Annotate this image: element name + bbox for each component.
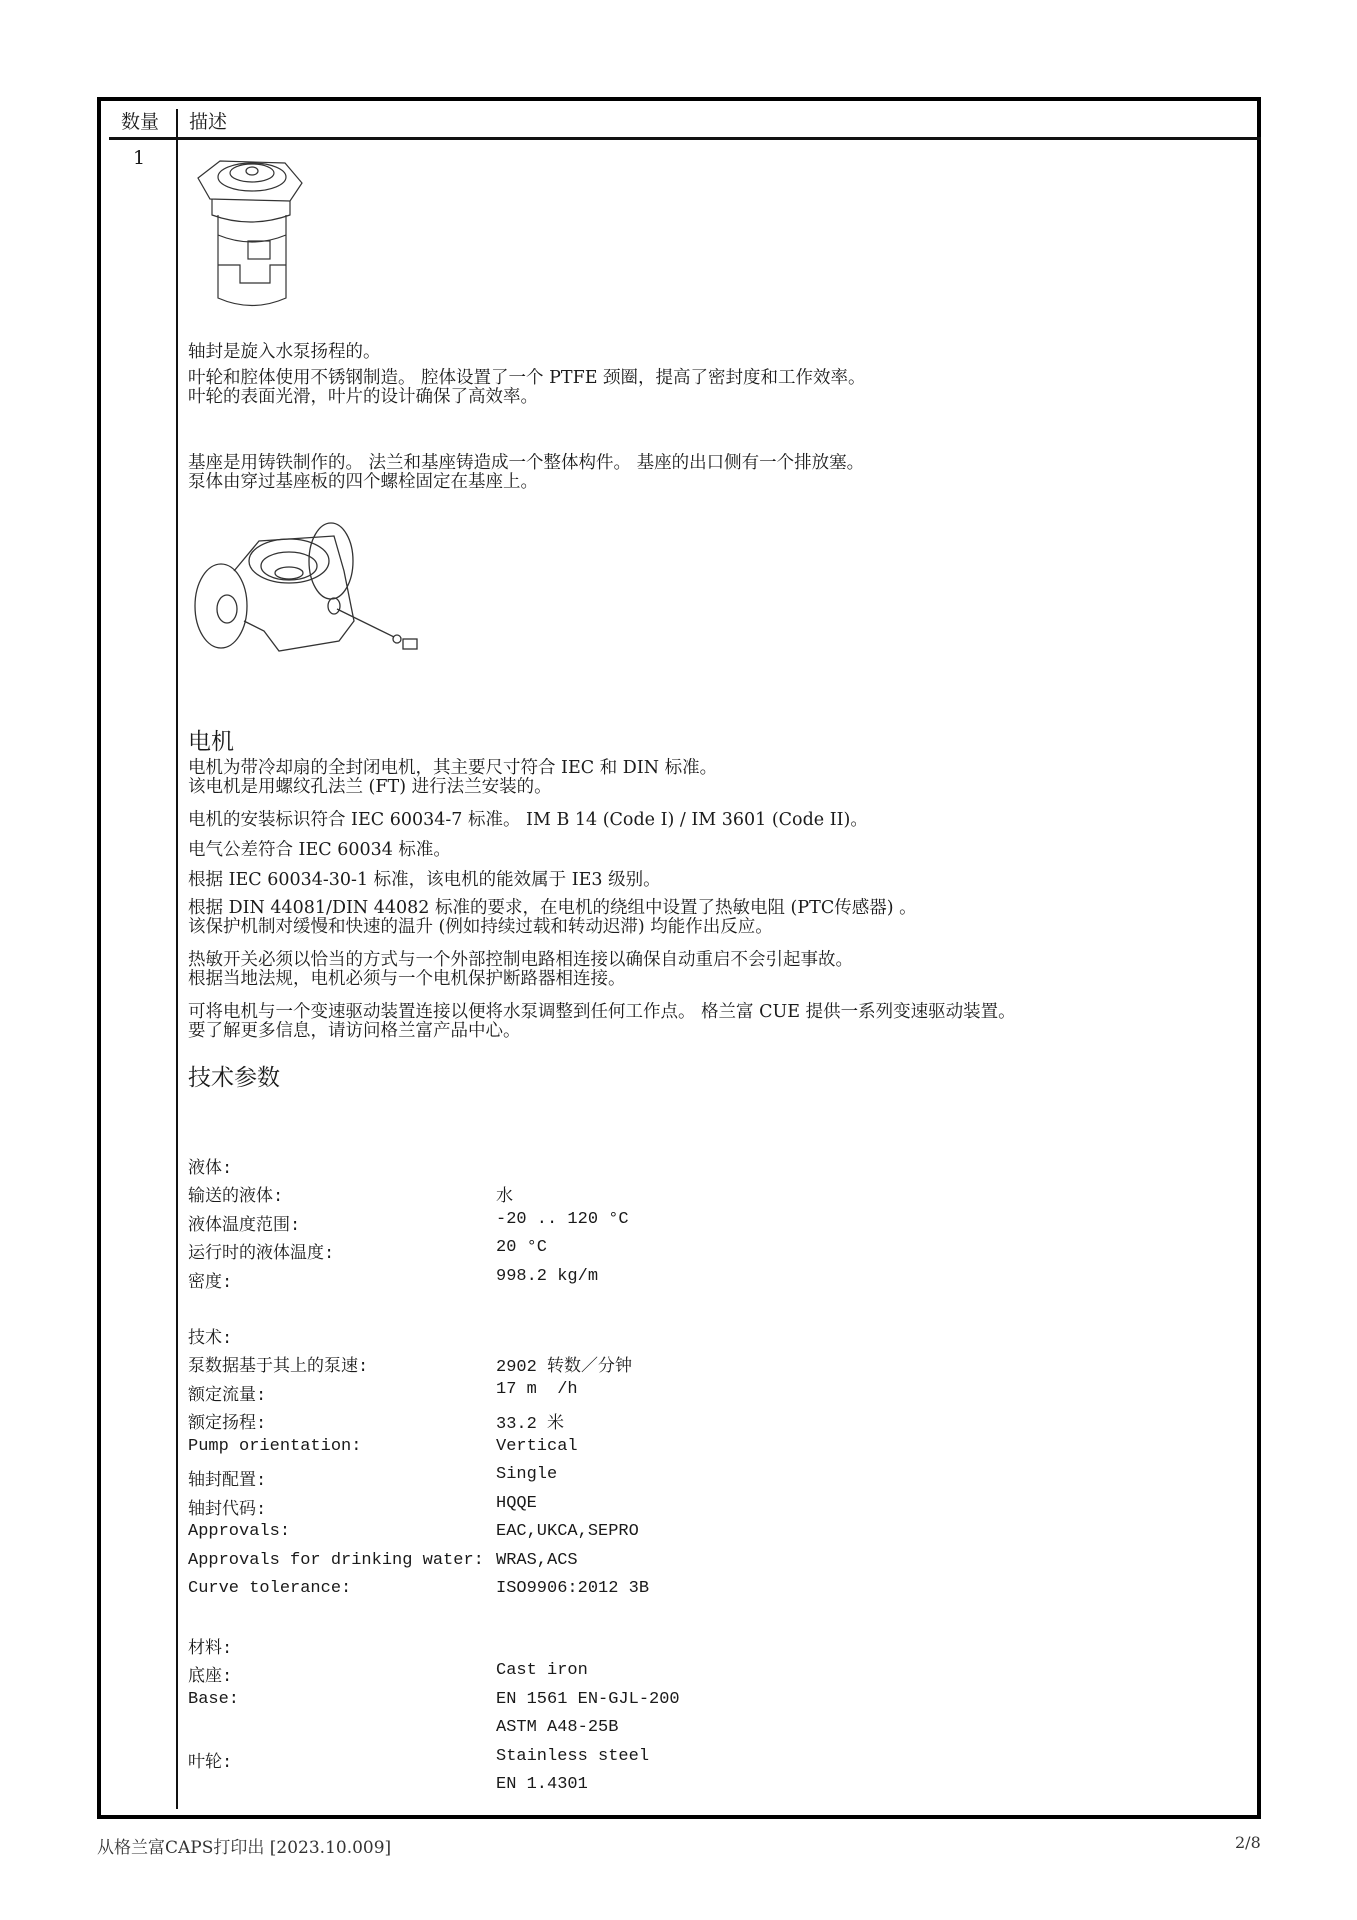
- spec-row: 泵数据基于其上的泵速:2902 转数／分钟: [188, 1351, 888, 1379]
- spec-label: Approvals for drinking water:: [188, 1551, 484, 1570]
- spec-label: 轴封配置:: [188, 1465, 266, 1491]
- spec-row: 密度:998.2 kg/m: [188, 1267, 888, 1295]
- spec-label: 额定扬程:: [188, 1408, 266, 1434]
- motor-text-4: 根据 IEC 60034-30-1 标准，该电机的能效属于 IE3 级别。: [188, 871, 661, 890]
- spec-value: Cast iron: [496, 1661, 588, 1680]
- spec-value: Vertical: [496, 1437, 578, 1456]
- spec-label: 运行时的液体温度:: [188, 1238, 334, 1264]
- spec-label: 输送的液体:: [188, 1181, 283, 1207]
- spec-label: Pump orientation:: [188, 1437, 361, 1456]
- spec-value: EAC,UKCA,SEPRO: [496, 1522, 639, 1541]
- spec-value: 20 °C: [496, 1238, 547, 1257]
- print-footer: 从格兰富CAPS打印出 [2023.10.009]: [97, 1833, 391, 1858]
- spec-value: EN 1.4301: [496, 1775, 588, 1794]
- spec-label: 底座:: [188, 1661, 232, 1687]
- spec-value: Single: [496, 1465, 557, 1484]
- spec-value: 水: [496, 1181, 513, 1207]
- spec-label: 轴封代码:: [188, 1494, 266, 1520]
- spec-row: Approvals:EAC,UKCA,SEPRO: [188, 1522, 888, 1550]
- motor-text-7: 可将电机与一个变速驱动装置连接以便将水泵调整到任何工作点。 格兰富 CUE 提供…: [188, 1003, 1016, 1041]
- spec-row: 叶轮:Stainless steel: [188, 1747, 888, 1775]
- shaft-seal-image: [190, 153, 310, 313]
- product-table: 数量 描述 1 轴封是旋入水泵扬程的。 叶轮和腔体使用不锈钢制造。 腔体设置了一…: [97, 97, 1261, 1819]
- spec-row: 输送的液体:水: [188, 1181, 888, 1209]
- technical-section-title: 技术:: [188, 1323, 888, 1351]
- spec-row: Base:EN 1561 EN-GJL-200: [188, 1690, 888, 1718]
- motor-text-1: 电机为带冷却扇的全封闭电机，其主要尺寸符合 IEC 和 DIN 标准。 该电机是…: [188, 759, 717, 797]
- spec-row: Curve tolerance:ISO9906:2012 3B: [188, 1579, 888, 1607]
- materials-section-title: 材料:: [188, 1633, 888, 1661]
- spec-row: 额定扬程:33.2 米: [188, 1408, 888, 1436]
- spec-label: 泵数据基于其上的泵速:: [188, 1351, 368, 1377]
- spec-row: 轴封代码:HQQE: [188, 1494, 888, 1522]
- header-quantity: 数量: [121, 107, 159, 134]
- motor-text-2: 电机的安装标识符合 IEC 60034-7 标准。 IM B 14 (Code …: [188, 811, 868, 830]
- quantity-value: 1: [133, 147, 145, 169]
- spec-value: EN 1561 EN-GJL-200: [496, 1690, 680, 1709]
- page-number: 2/8: [1235, 1833, 1261, 1852]
- spec-value: ASTM A48-25B: [496, 1718, 618, 1737]
- tech-params-heading: 技术参数: [188, 1059, 280, 1092]
- spec-row: 液体温度范围:-20 .. 120 °C: [188, 1210, 888, 1238]
- spec-value: 33.2 米: [496, 1408, 564, 1434]
- spec-label: Curve tolerance:: [188, 1579, 351, 1598]
- spec-value: WRAS,ACS: [496, 1551, 578, 1570]
- motor-text-3: 电气公差符合 IEC 60034 标准。: [188, 841, 451, 860]
- spec-value: 998.2 kg/m: [496, 1267, 598, 1286]
- impeller-text: 叶轮和腔体使用不锈钢制造。 腔体设置了一个 PTFE 颈圈，提高了密封度和工作效…: [188, 369, 866, 407]
- motor-text-5: 根据 DIN 44081/DIN 44082 标准的要求，在电机的绕组中设置了热…: [188, 899, 917, 937]
- spec-value: ISO9906:2012 3B: [496, 1579, 649, 1598]
- spec-value: HQQE: [496, 1494, 537, 1513]
- liquid-section-title: 液体:: [188, 1153, 888, 1181]
- spec-row: Approvals for drinking water:WRAS,ACS: [188, 1551, 888, 1579]
- motor-text-6: 热敏开关必须以恰当的方式与一个外部控制电路相连接以确保自动重启不会引起事故。 根…: [188, 951, 853, 989]
- spec-label: 液体温度范围:: [188, 1210, 300, 1236]
- shaft-seal-text: 轴封是旋入水泵扬程的。: [188, 343, 381, 362]
- spec-value: Stainless steel: [496, 1747, 649, 1766]
- spec-row: EN 1.4301: [188, 1775, 888, 1803]
- spec-value: 2902 转数／分钟: [496, 1351, 632, 1377]
- spec-value: -20 .. 120 °C: [496, 1210, 629, 1229]
- header-divider: [109, 137, 1261, 140]
- spec-label: 额定流量:: [188, 1380, 266, 1406]
- header-description: 描述: [189, 107, 227, 134]
- spec-row: 运行时的液体温度:20 °C: [188, 1238, 888, 1266]
- spec-label: 密度:: [188, 1267, 232, 1293]
- spec-row: Pump orientation:Vertical: [188, 1437, 888, 1465]
- base-text: 基座是用铸铁制作的。 法兰和基座铸造成一个整体构件。 基座的出口侧有一个排放塞。…: [188, 454, 864, 492]
- spec-row: 轴封配置:Single: [188, 1465, 888, 1493]
- spec-row: 额定流量:17 m /h: [188, 1380, 888, 1408]
- spec-value: 17 m /h: [496, 1380, 578, 1399]
- spec-row: ASTM A48-25B: [188, 1718, 888, 1746]
- spec-label: Approvals:: [188, 1522, 290, 1541]
- pump-base-image: [189, 511, 419, 671]
- motor-heading: 电机: [188, 723, 234, 756]
- spec-label: 叶轮:: [188, 1747, 232, 1773]
- spec-row: 底座:Cast iron: [188, 1661, 888, 1689]
- column-divider: [176, 109, 178, 1809]
- spec-label: Base:: [188, 1690, 239, 1709]
